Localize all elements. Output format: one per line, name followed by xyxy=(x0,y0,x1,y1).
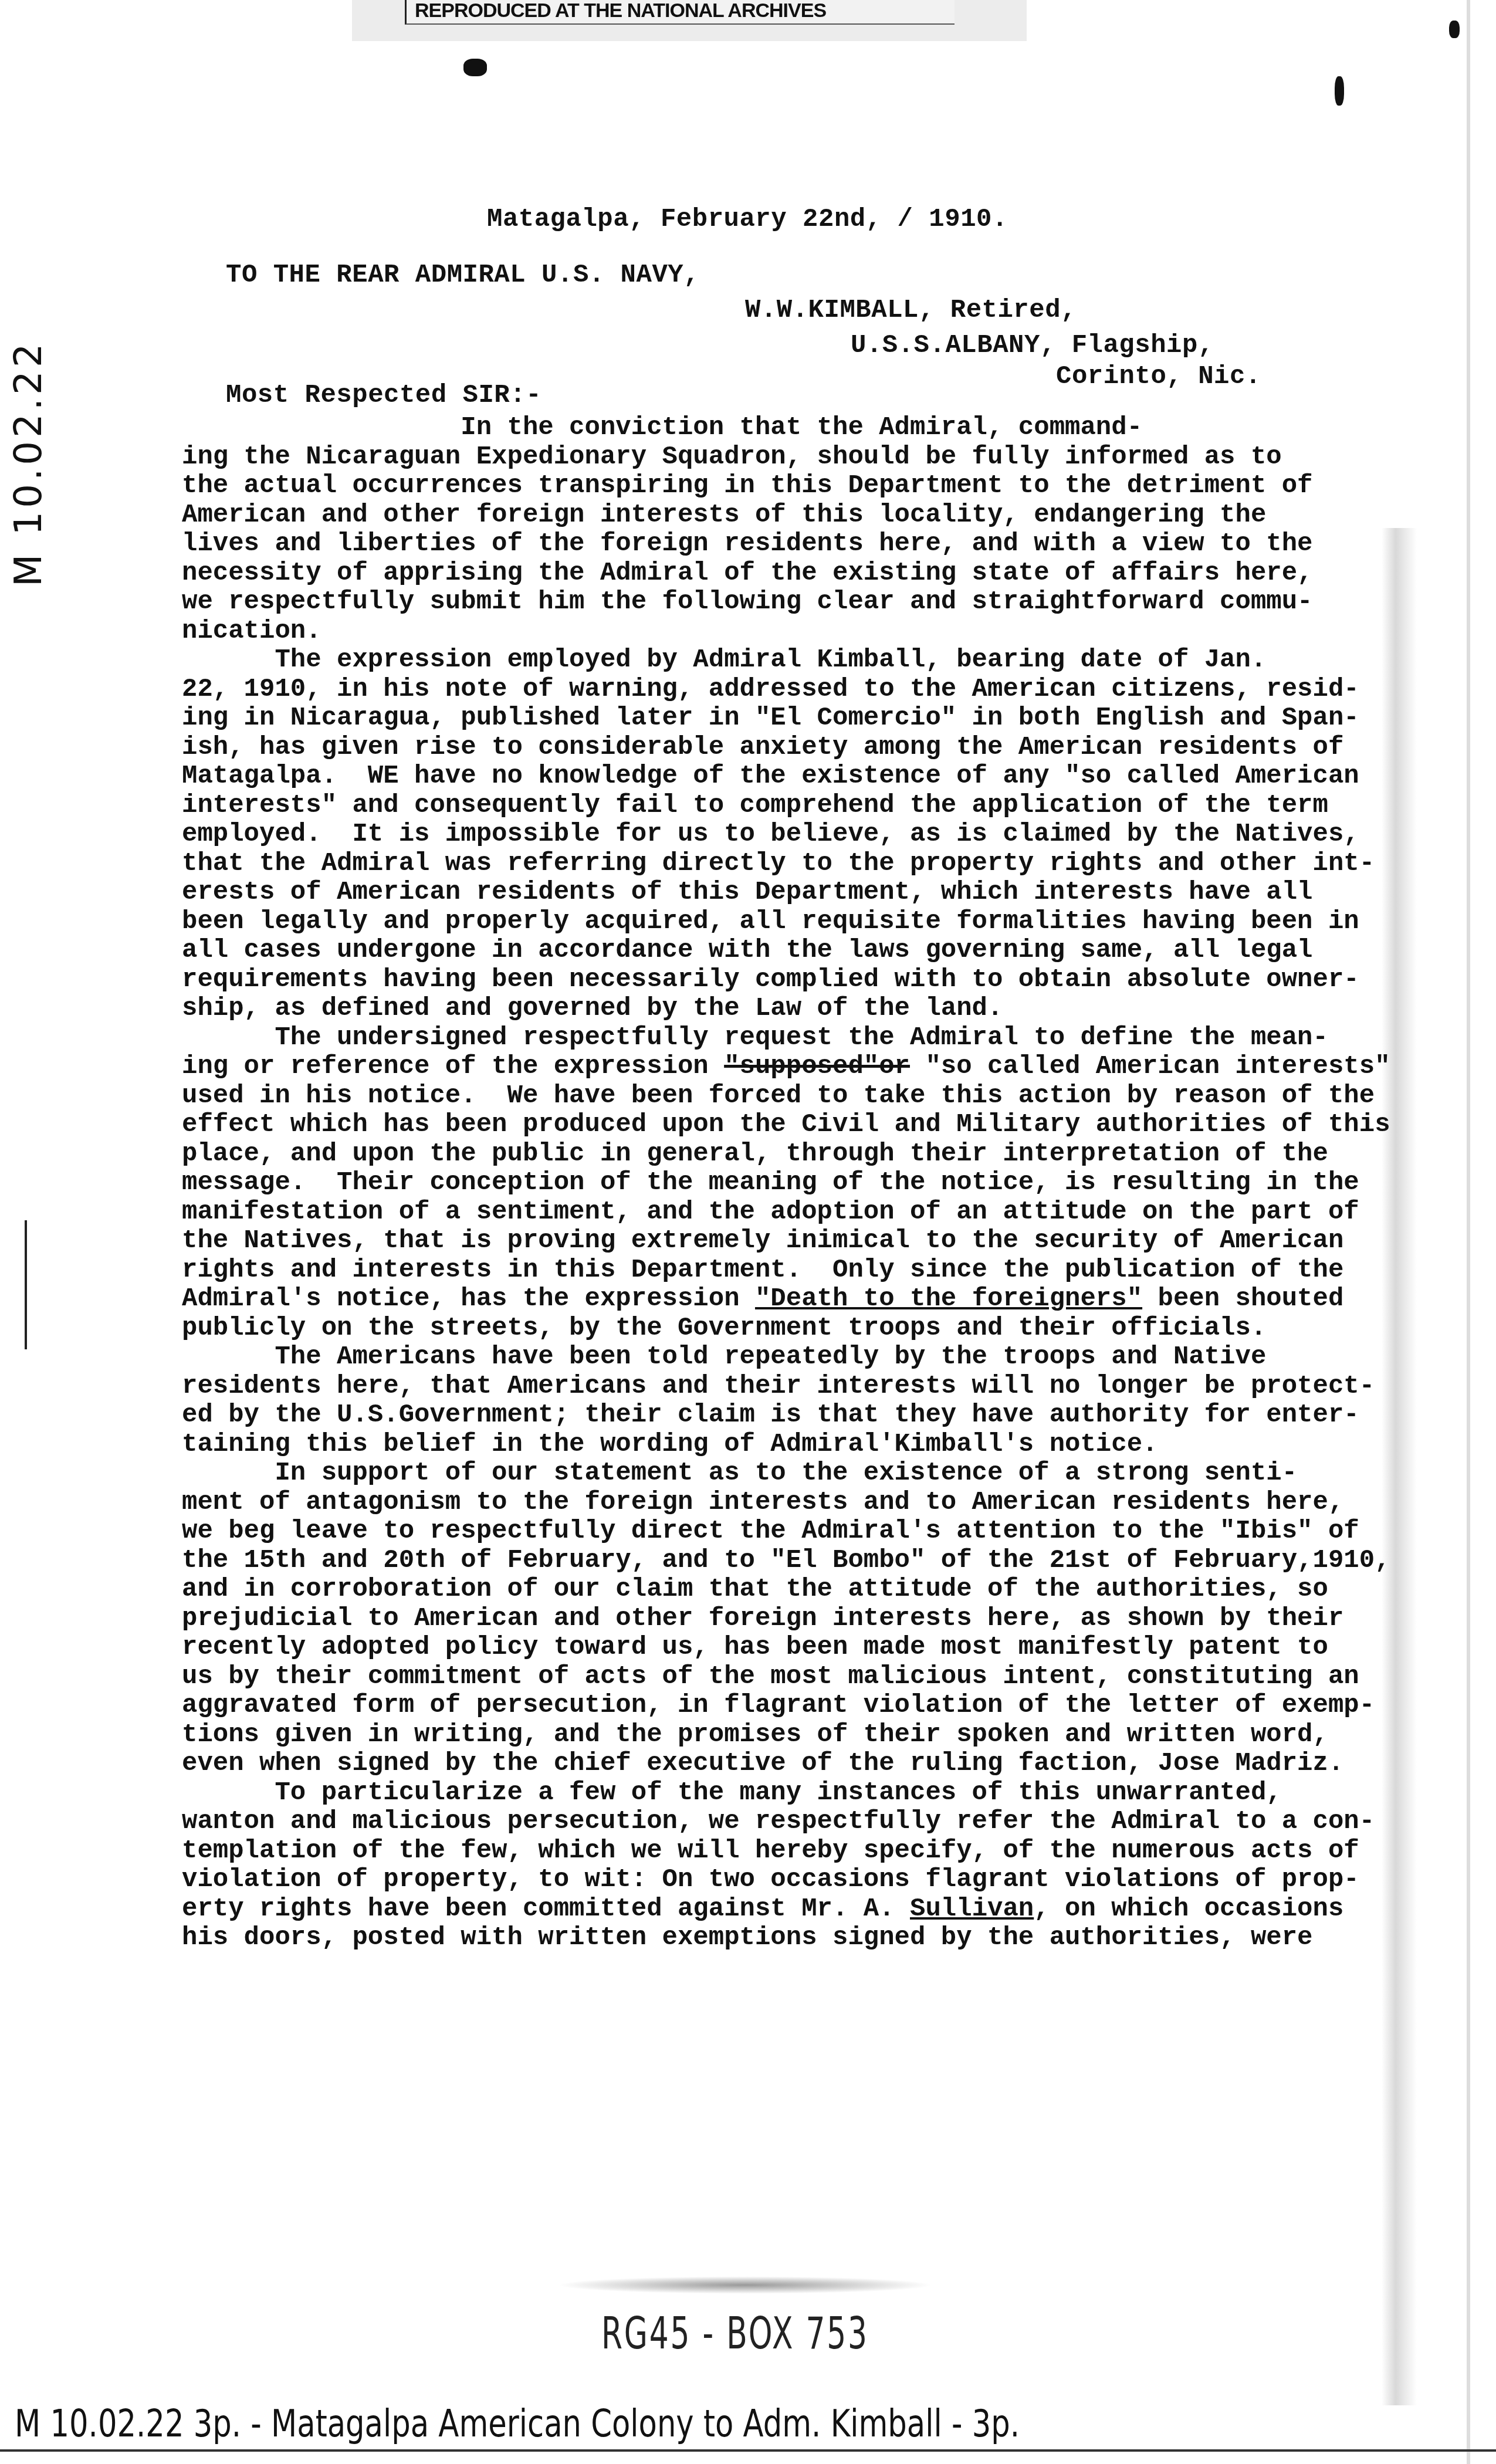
body-line: taining this belief in the wording of Ad… xyxy=(182,1430,1390,1460)
body-line: us by their commitment of acts of the mo… xyxy=(182,1663,1390,1692)
text-run: taining this belief in the wording of Ad… xyxy=(182,1430,1157,1459)
text-run: employed. It is impossible for us to bel… xyxy=(182,820,1359,849)
text-run: place, and upon the public in general, t… xyxy=(182,1139,1328,1169)
body-line: manifestation of a sentiment, and the ad… xyxy=(182,1198,1390,1227)
body-line: interests" and consequently fail to comp… xyxy=(182,791,1390,821)
body-line: even when signed by the chief executive … xyxy=(182,1749,1390,1779)
body-line: To particularize a few of the many insta… xyxy=(182,1779,1390,1808)
text-run: the Natives, that is proving extremely i… xyxy=(182,1226,1343,1255)
text-run: In support of our statement as to the ex… xyxy=(182,1458,1297,1488)
text-run: ed by the U.S.Government; their claim is… xyxy=(182,1400,1359,1430)
text-run: we respectfully submit him the following… xyxy=(182,587,1313,617)
address-line: TO THE REAR ADMIRAL U.S. NAVY, xyxy=(226,261,699,290)
text-run: been shouted xyxy=(1142,1284,1343,1314)
body-line: ing or reference of the expression "supp… xyxy=(182,1052,1390,1082)
body-line: ment of antagonism to the foreign intere… xyxy=(182,1488,1390,1518)
body-line: the 15th and 20th of February, and to "E… xyxy=(182,1546,1390,1576)
body-line: American and other foreign interests of … xyxy=(182,501,1390,530)
body-line: we respectfully submit him the following… xyxy=(182,588,1390,617)
body-line: ed by the U.S.Government; their claim is… xyxy=(182,1401,1390,1430)
body-line: requirements having been necessarily com… xyxy=(182,966,1390,995)
text-run: The expression employed by Admiral Kimba… xyxy=(182,645,1266,675)
paper-edge xyxy=(1467,0,1470,2464)
body-line: message. Their conception of the meaning… xyxy=(182,1169,1390,1198)
text-run: necessity of apprising the Admiral of th… xyxy=(182,559,1313,588)
body-line: 22, 1910, in his note of warning, addres… xyxy=(182,675,1390,705)
body-line: erty rights have been committed against … xyxy=(182,1895,1390,1924)
text-run: we beg leave to respectfully direct the … xyxy=(182,1517,1359,1546)
text-run: 22, 1910, in his note of warning, addres… xyxy=(182,675,1359,704)
footer-note: M 10.02.22 3p. - Matagalpa American Colo… xyxy=(15,2402,1020,2446)
text-run: "so called American interests" xyxy=(910,1052,1390,1081)
body-line: necessity of apprising the Admiral of th… xyxy=(182,559,1390,588)
salutation: Most Respected SIR:- xyxy=(226,381,541,410)
text-run: all cases undergone in accordance with t… xyxy=(182,936,1313,965)
body-line: the actual occurrences transpiring in th… xyxy=(182,472,1390,501)
body-line: The expression employed by Admiral Kimba… xyxy=(182,646,1390,675)
text-run: In the conviction that the Admiral, comm… xyxy=(182,413,1142,442)
body-line: his doors, posted with written exemption… xyxy=(182,1924,1390,1953)
text-run: ing the Nicaraguan Expedionary Squadron,… xyxy=(182,442,1282,472)
body-line: place, and upon the public in general, t… xyxy=(182,1140,1390,1169)
body-line: ing in Nicaragua, published later in "El… xyxy=(182,704,1390,733)
body-line: that the Admiral was referring directly … xyxy=(182,849,1390,879)
body-line: effect which has been produced upon the … xyxy=(182,1111,1390,1140)
address-line: Corinto, Nic. xyxy=(1056,363,1261,391)
text-run: manifestation of a sentiment, and the ad… xyxy=(182,1197,1359,1227)
text-run: erests of American residents of this Dep… xyxy=(182,878,1313,907)
text-run: effect which has been produced upon the … xyxy=(182,1110,1390,1139)
box-reference: RG45 - BOX 753 xyxy=(601,2309,869,2359)
text-run: us by their commitment of acts of the mo… xyxy=(182,1662,1359,1691)
text-run: ish, has given rise to considerable anxi… xyxy=(182,733,1343,762)
body-line: The Americans have been told repeatedly … xyxy=(182,1343,1390,1372)
text-run: ing in Nicaragua, published later in "El… xyxy=(182,703,1359,733)
body-line: erests of American residents of this Dep… xyxy=(182,878,1390,908)
margin-mark xyxy=(25,1220,27,1349)
text-run: The undersigned respectfully request the… xyxy=(182,1023,1328,1052)
text-run: even when signed by the chief executive … xyxy=(182,1749,1343,1778)
text-run: message. Their conception of the meaning… xyxy=(182,1168,1359,1197)
body-line: recently adopted policy toward us, has b… xyxy=(182,1633,1390,1663)
body-line: prejudicial to American and other foreig… xyxy=(182,1605,1390,1634)
address-line: U.S.S.ALBANY, Flagship, xyxy=(851,331,1214,360)
struck-text: "supposed"or xyxy=(724,1052,910,1081)
text-run: residents here, that Americans and their… xyxy=(182,1372,1375,1401)
text-run: lives and liberties of the foreign resid… xyxy=(182,529,1313,559)
text-run: wanton and malicious persecution, we res… xyxy=(182,1807,1375,1836)
text-run: Matagalpa. WE have no knowledge of the e… xyxy=(182,761,1359,791)
ink-speck xyxy=(463,59,487,76)
body-line: ship, as defined and governed by the Law… xyxy=(182,994,1390,1024)
text-run: violation of property, to wit: On two oc… xyxy=(182,1865,1359,1894)
body-line: we beg leave to respectfully direct the … xyxy=(182,1517,1390,1546)
body-line: Admiral's notice, has the expression "De… xyxy=(182,1285,1390,1314)
body-line: rights and interests in this Department.… xyxy=(182,1256,1390,1285)
ink-speck xyxy=(1335,76,1344,106)
text-run: prejudicial to American and other foreig… xyxy=(182,1604,1343,1633)
body-line: In the conviction that the Admiral, comm… xyxy=(182,414,1390,443)
body-line: used in his notice. We have been forced … xyxy=(182,1082,1390,1111)
smudge xyxy=(557,2276,933,2294)
text-run: interests" and consequently fail to comp… xyxy=(182,791,1328,820)
text-run: nication. xyxy=(182,617,321,646)
text-run: To particularize a few of the many insta… xyxy=(182,1778,1282,1808)
text-run: requirements having been necessarily com… xyxy=(182,965,1359,994)
text-run: American and other foreign interests of … xyxy=(182,500,1266,530)
text-run: been legally and properly acquired, all … xyxy=(182,907,1359,936)
body-line: been legally and properly acquired, all … xyxy=(182,908,1390,937)
underlined-text: Sullivan xyxy=(910,1894,1034,1924)
text-run: and in corroboration of our claim that t… xyxy=(182,1575,1328,1604)
body-line: In support of our statement as to the ex… xyxy=(182,1459,1390,1488)
body-line: nication. xyxy=(182,617,1390,647)
body-line: the Natives, that is proving extremely i… xyxy=(182,1227,1390,1256)
body-line: The undersigned respectfully request the… xyxy=(182,1024,1390,1053)
text-run: used in his notice. We have been forced … xyxy=(182,1081,1375,1111)
body-line: employed. It is impossible for us to bel… xyxy=(182,820,1390,849)
underlined-text: "Death to the foreigners" xyxy=(755,1284,1142,1314)
body-line: residents here, that Americans and their… xyxy=(182,1372,1390,1402)
text-run: publicly on the streets, by the Governme… xyxy=(182,1314,1266,1343)
text-run: his doors, posted with written exemption… xyxy=(182,1923,1313,1952)
text-run: ment of antagonism to the foreign intere… xyxy=(182,1488,1343,1517)
text-run: erty rights have been committed against … xyxy=(182,1894,910,1924)
text-run: The Americans have been told repeatedly … xyxy=(182,1342,1266,1372)
body-line: tions given in writing, and the promises… xyxy=(182,1721,1390,1750)
body-line: publicly on the streets, by the Governme… xyxy=(182,1314,1390,1343)
body-line: ing the Nicaraguan Expedionary Squadron,… xyxy=(182,443,1390,472)
text-run: aggravated form of persecution, in flagr… xyxy=(182,1691,1375,1720)
text-run: , on which occasions xyxy=(1034,1894,1343,1924)
text-run: templation of the few, which we will her… xyxy=(182,1836,1359,1866)
text-run: the 15th and 20th of February, and to "E… xyxy=(182,1546,1390,1575)
text-run: tions given in writing, and the promises… xyxy=(182,1720,1328,1749)
body-line: aggravated form of persecution, in flagr… xyxy=(182,1691,1390,1721)
body-line: violation of property, to wit: On two oc… xyxy=(182,1866,1390,1895)
body-line: all cases undergone in accordance with t… xyxy=(182,936,1390,966)
address-line: W.W.KIMBALL, Retired, xyxy=(745,296,1077,325)
body-line: wanton and malicious persecution, we res… xyxy=(182,1808,1390,1837)
text-run: that the Admiral was referring directly … xyxy=(182,849,1375,878)
body-line: Matagalpa. WE have no knowledge of the e… xyxy=(182,762,1390,791)
body-line: lives and liberties of the foreign resid… xyxy=(182,530,1390,559)
margin-file-code: M 10.02.22 xyxy=(7,340,50,587)
text-run: ship, as defined and governed by the Law… xyxy=(182,994,1003,1023)
dateline: Matagalpa, February 22nd, / 1910. xyxy=(487,205,1008,234)
text-run: ing or reference of the expression xyxy=(182,1052,724,1081)
body-line: and in corroboration of our claim that t… xyxy=(182,1575,1390,1605)
letter-body: In the conviction that the Admiral, comm… xyxy=(182,414,1390,1953)
archive-stamp: REPRODUCED AT THE NATIONAL ARCHIVES xyxy=(405,0,955,25)
text-run: recently adopted policy toward us, has b… xyxy=(182,1633,1328,1662)
text-run: the actual occurrences transpiring in th… xyxy=(182,471,1313,500)
body-line: templation of the few, which we will her… xyxy=(182,1837,1390,1866)
page-bottom-edge xyxy=(0,2449,1496,2452)
ink-speck xyxy=(1449,21,1460,38)
body-line: ish, has given rise to considerable anxi… xyxy=(182,733,1390,763)
text-run: rights and interests in this Department.… xyxy=(182,1255,1343,1285)
text-run: Admiral's notice, has the expression xyxy=(182,1284,755,1314)
